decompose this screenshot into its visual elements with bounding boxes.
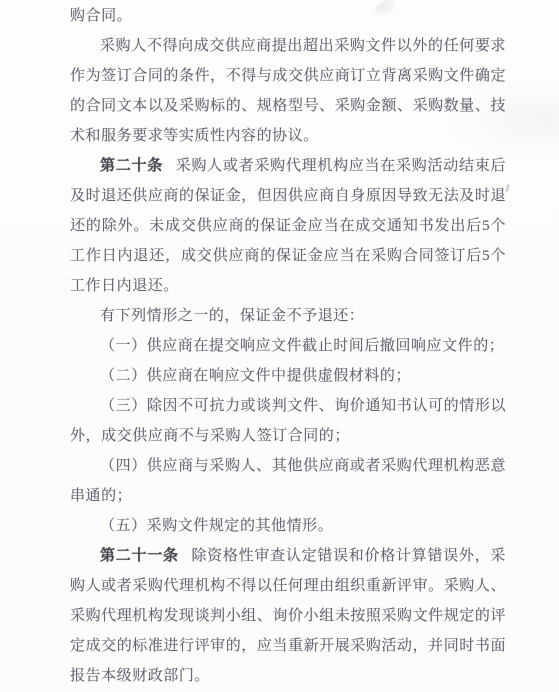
paragraph: 第二十一条除资格性审查认定错误和价格计算错误外，采购人或者采购代理机构不得以任何… bbox=[70, 541, 506, 691]
paragraph: （四）供应商与采购人、其他供应商或者采购代理机构恶意串通的； bbox=[70, 451, 506, 511]
paragraph: 第二十条采购人或者采购代理机构应当在采购活动结束后及时退还供应商的保证金，但因供… bbox=[70, 151, 506, 301]
paragraph-text: （三）除因不可抗力或谈判文件、询价通知书认可的情形以外，成交供应商不与采购人签订… bbox=[70, 398, 506, 444]
paragraph-text: （二）供应商在响应文件中提供虚假材料的； bbox=[100, 368, 411, 384]
paragraph: （五）采购文件规定的其他情形。 bbox=[70, 511, 506, 541]
paragraph: （三）除因不可抗力或谈判文件、询价通知书认可的情形以外，成交供应商不与采购人签订… bbox=[70, 391, 506, 451]
article-heading: 第二十条 bbox=[100, 158, 163, 174]
paragraph-text: 除资格性审查认定错误和价格计算错误外，采购人或者采购代理机构不得以任何理由组织重… bbox=[70, 548, 506, 684]
article-heading: 第二十一条 bbox=[100, 548, 179, 564]
document-page: 购合同。 采购人不得向成交供应商提出超出采购文件以外的任何要求作为签订合同的条件… bbox=[0, 0, 559, 692]
paragraph: 有下列情形之一的，保证金不予退还： bbox=[70, 301, 506, 331]
paragraph: 采购人不得向成交供应商提出超出采购文件以外的任何要求作为签订合同的条件，不得与成… bbox=[70, 31, 506, 151]
document-body: 购合同。 采购人不得向成交供应商提出超出采购文件以外的任何要求作为签订合同的条件… bbox=[70, 1, 506, 691]
paragraph-text: 购合同。 bbox=[70, 8, 132, 24]
paragraph-text: （四）供应商与采购人、其他供应商或者采购代理机构恶意串通的； bbox=[70, 458, 506, 504]
paragraph-text: （一）供应商在提交响应文件截止时间后撤回响应文件的； bbox=[100, 338, 504, 354]
paragraph-text: 有下列情形之一的，保证金不予退还： bbox=[100, 308, 364, 324]
paragraph-text: 采购人不得向成交供应商提出超出采购文件以外的任何要求作为签订合同的条件，不得与成… bbox=[70, 38, 506, 144]
paragraph: 购合同。 bbox=[70, 1, 506, 31]
paragraph-text: （五）采购文件规定的其他情形。 bbox=[100, 518, 333, 534]
paragraph-text: 采购人或者采购代理机构应当在采购活动结束后及时退还供应商的保证金，但因供应商自身… bbox=[70, 158, 506, 294]
paragraph: （一）供应商在提交响应文件截止时间后撤回响应文件的； bbox=[70, 331, 506, 361]
scan-speck bbox=[505, 184, 510, 193]
paragraph: （二）供应商在响应文件中提供虚假材料的； bbox=[70, 361, 506, 391]
